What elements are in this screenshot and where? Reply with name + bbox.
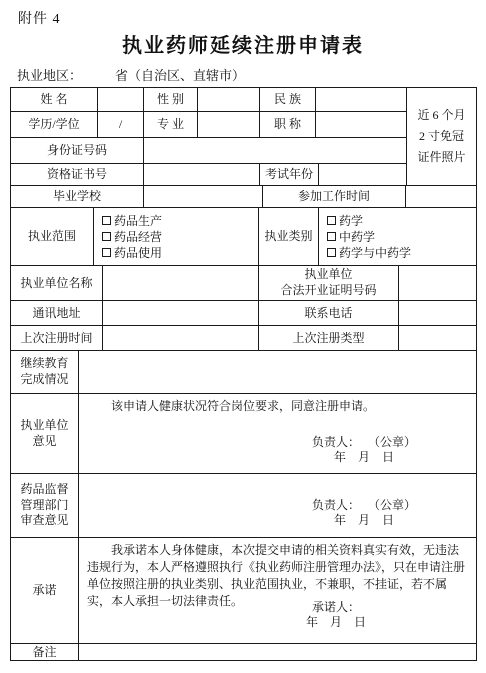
address-label: 通讯地址	[11, 301, 103, 325]
option-label: 药学与中药学	[339, 245, 411, 261]
document-page: 附件 4 执业药师延续注册申请表 执业地区： 省（自治区、直辖市） 近 6 个月…	[0, 0, 486, 673]
authority-opinion-label-line: 管理部门	[20, 498, 68, 514]
checkbox-icon	[102, 216, 111, 225]
name-input-cell	[98, 88, 144, 111]
last-reg-type-input-cell	[399, 326, 476, 350]
signature-block: 承诺人： 年 月 日	[306, 600, 366, 630]
category-option: 药学与中药学	[327, 245, 411, 261]
last-reg-time-label: 上次注册时间	[11, 326, 103, 350]
category-label: 执业类别	[259, 208, 319, 265]
row-remarks: 备注	[11, 644, 476, 660]
option-label: 中药学	[339, 229, 375, 245]
remarks-input-cell	[79, 644, 476, 660]
major-input-cell	[198, 112, 260, 137]
prof-title-input-cell	[316, 112, 406, 137]
commitment-statement: 我承诺本人身体健康，本次提交申请的相关资料真实有效，无违法违规行为，本人严格遵照…	[87, 542, 468, 610]
phone-input-cell	[399, 301, 476, 325]
region-label: 执业地区：	[17, 65, 82, 84]
application-table: 近 6 个月 2 寸免冠 证件照片 姓 名 性 别 民 族 学历/学位 / 专 …	[10, 87, 477, 661]
employer-opinion-label: 执业单位 意见	[11, 394, 79, 473]
work-start-label: 参加工作时间	[263, 186, 406, 207]
row-cert-number: 资格证书号 考试年份	[11, 164, 406, 186]
remarks-label: 备注	[11, 644, 79, 660]
employer-cert-label-line: 合法开业证明号码	[280, 283, 376, 299]
signer-label: 负责人：	[312, 498, 360, 512]
id-number-label: 身份证号码	[11, 138, 144, 163]
scope-label: 执业范围	[11, 208, 94, 265]
authority-opinion-label-line: 审查意见	[20, 513, 68, 529]
option-label: 药品经营	[114, 229, 162, 245]
row-last-registration: 上次注册时间 上次注册类型	[11, 326, 476, 351]
employer-label: 执业单位名称	[11, 266, 103, 300]
row-authority-opinion: 药品监督 管理部门 审查意见 负责人：（公章） 年 月 日	[11, 474, 476, 538]
cert-number-input-cell	[144, 164, 260, 185]
date-label: 年 月 日	[312, 450, 416, 465]
employer-opinion-content: 该申请人健康状况符合岗位要求，同意注册申请。 负责人：（公章） 年 月 日	[79, 394, 476, 473]
option-label: 药品生产	[114, 213, 162, 229]
scope-option: 药品经营	[102, 229, 162, 245]
category-option: 药学	[327, 213, 363, 229]
last-reg-type-label: 上次注册类型	[259, 326, 399, 350]
commitment-content: 我承诺本人身体健康，本次提交申请的相关资料真实有效，无违法违规行为，本人严格遵照…	[79, 538, 476, 643]
last-reg-time-input-cell	[103, 326, 259, 350]
date-label: 年 月 日	[306, 615, 366, 630]
checkbox-icon	[102, 248, 111, 257]
major-label: 专 业	[144, 112, 198, 137]
scope-option: 药品使用	[102, 245, 162, 261]
address-input-cell	[103, 301, 259, 325]
row-employer: 执业单位名称 执业单位 合法开业证明号码	[11, 266, 476, 301]
row-continuing-education: 继续教育 完成情况	[11, 351, 476, 394]
row-address: 通讯地址 联系电话	[11, 301, 476, 326]
row-name: 姓 名 性 别 民 族	[11, 88, 406, 112]
prof-title-label: 职 称	[260, 112, 316, 137]
row-id-number: 身份证号码	[11, 138, 406, 164]
date-label: 年 月 日	[312, 513, 416, 528]
name-label: 姓 名	[11, 88, 98, 111]
scope-options: 药品生产 药品经营 药品使用	[94, 208, 259, 265]
option-label: 药学	[339, 213, 363, 229]
category-option: 中药学	[327, 229, 375, 245]
employer-input-cell	[103, 266, 259, 300]
page-title: 执业药师延续注册申请表	[0, 29, 486, 58]
continuing-edu-input-cell	[79, 351, 476, 393]
continuing-edu-label: 继续教育 完成情况	[11, 351, 79, 393]
continuing-edu-label-line: 继续教育	[20, 356, 68, 372]
phone-label: 联系电话	[259, 301, 399, 325]
authority-opinion-content: 负责人：（公章） 年 月 日	[79, 474, 476, 537]
photo-note-line: 近 6 个月	[417, 105, 465, 126]
signer-label: 负责人：	[312, 435, 360, 449]
school-input-cell	[144, 186, 263, 207]
work-start-input-cell	[406, 186, 476, 207]
row-education: 学历/学位 / 专 业 职 称	[11, 112, 406, 138]
employer-cert-label-line: 执业单位	[304, 267, 352, 283]
checkbox-icon	[327, 248, 336, 257]
education-value-cell: /	[98, 112, 144, 137]
seal-label: （公章）	[374, 435, 416, 449]
photo-note-line: 2 寸免冠	[419, 126, 464, 147]
authority-opinion-label-line: 药品监督	[20, 482, 68, 498]
school-label: 毕业学校	[11, 186, 144, 207]
opinion-statement: 该申请人健康状况符合岗位要求，同意注册申请。	[87, 398, 468, 415]
option-label: 药品使用	[114, 245, 162, 261]
employer-opinion-label-line: 执业单位	[20, 418, 68, 434]
attachment-label: 附件 4	[18, 8, 61, 28]
row-commitment: 承诺 我承诺本人身体健康，本次提交申请的相关资料真实有效，无违法违规行为，本人严…	[11, 538, 476, 644]
employer-cert-label: 执业单位 合法开业证明号码	[259, 266, 399, 300]
region-line: 执业地区： 省（自治区、直辖市）	[17, 65, 245, 84]
ethnicity-label: 民 族	[260, 88, 316, 111]
checkbox-icon	[102, 232, 111, 241]
cert-number-label: 资格证书号	[11, 164, 144, 185]
checkbox-icon	[327, 216, 336, 225]
education-label: 学历/学位	[11, 112, 98, 137]
authority-opinion-label: 药品监督 管理部门 审查意见	[11, 474, 79, 537]
signature-block: 负责人：（公章） 年 月 日	[312, 435, 416, 465]
gender-label: 性 别	[144, 88, 198, 111]
scope-option: 药品生产	[102, 213, 162, 229]
gender-input-cell	[198, 88, 260, 111]
continuing-edu-label-line: 完成情况	[20, 372, 68, 388]
id-number-input-cell	[144, 138, 406, 163]
row-school: 毕业学校 参加工作时间	[11, 186, 476, 208]
employer-opinion-label-line: 意见	[32, 434, 56, 450]
exam-year-input-cell	[319, 164, 406, 185]
row-employer-opinion: 执业单位 意见 该申请人健康状况符合岗位要求，同意注册申请。 负责人：（公章） …	[11, 394, 476, 474]
signer-label: 承诺人：	[306, 600, 366, 615]
photo-note-line: 证件照片	[417, 147, 465, 168]
seal-label: （公章）	[374, 498, 416, 512]
checkbox-icon	[327, 232, 336, 241]
signature-block: 负责人：（公章） 年 月 日	[312, 498, 416, 528]
category-options: 药学 中药学 药学与中药学	[319, 208, 476, 265]
region-suffix: 省（自治区、直辖市）	[115, 65, 245, 84]
ethnicity-input-cell	[316, 88, 406, 111]
commitment-label: 承诺	[11, 538, 79, 643]
photo-cell: 近 6 个月 2 寸免冠 证件照片	[406, 88, 476, 186]
employer-cert-input-cell	[399, 266, 476, 300]
row-scope-category: 执业范围 药品生产 药品经营 药品使用 执业类别 药学 中药学 药学与中药学	[11, 208, 476, 266]
exam-year-label: 考试年份	[260, 164, 319, 185]
